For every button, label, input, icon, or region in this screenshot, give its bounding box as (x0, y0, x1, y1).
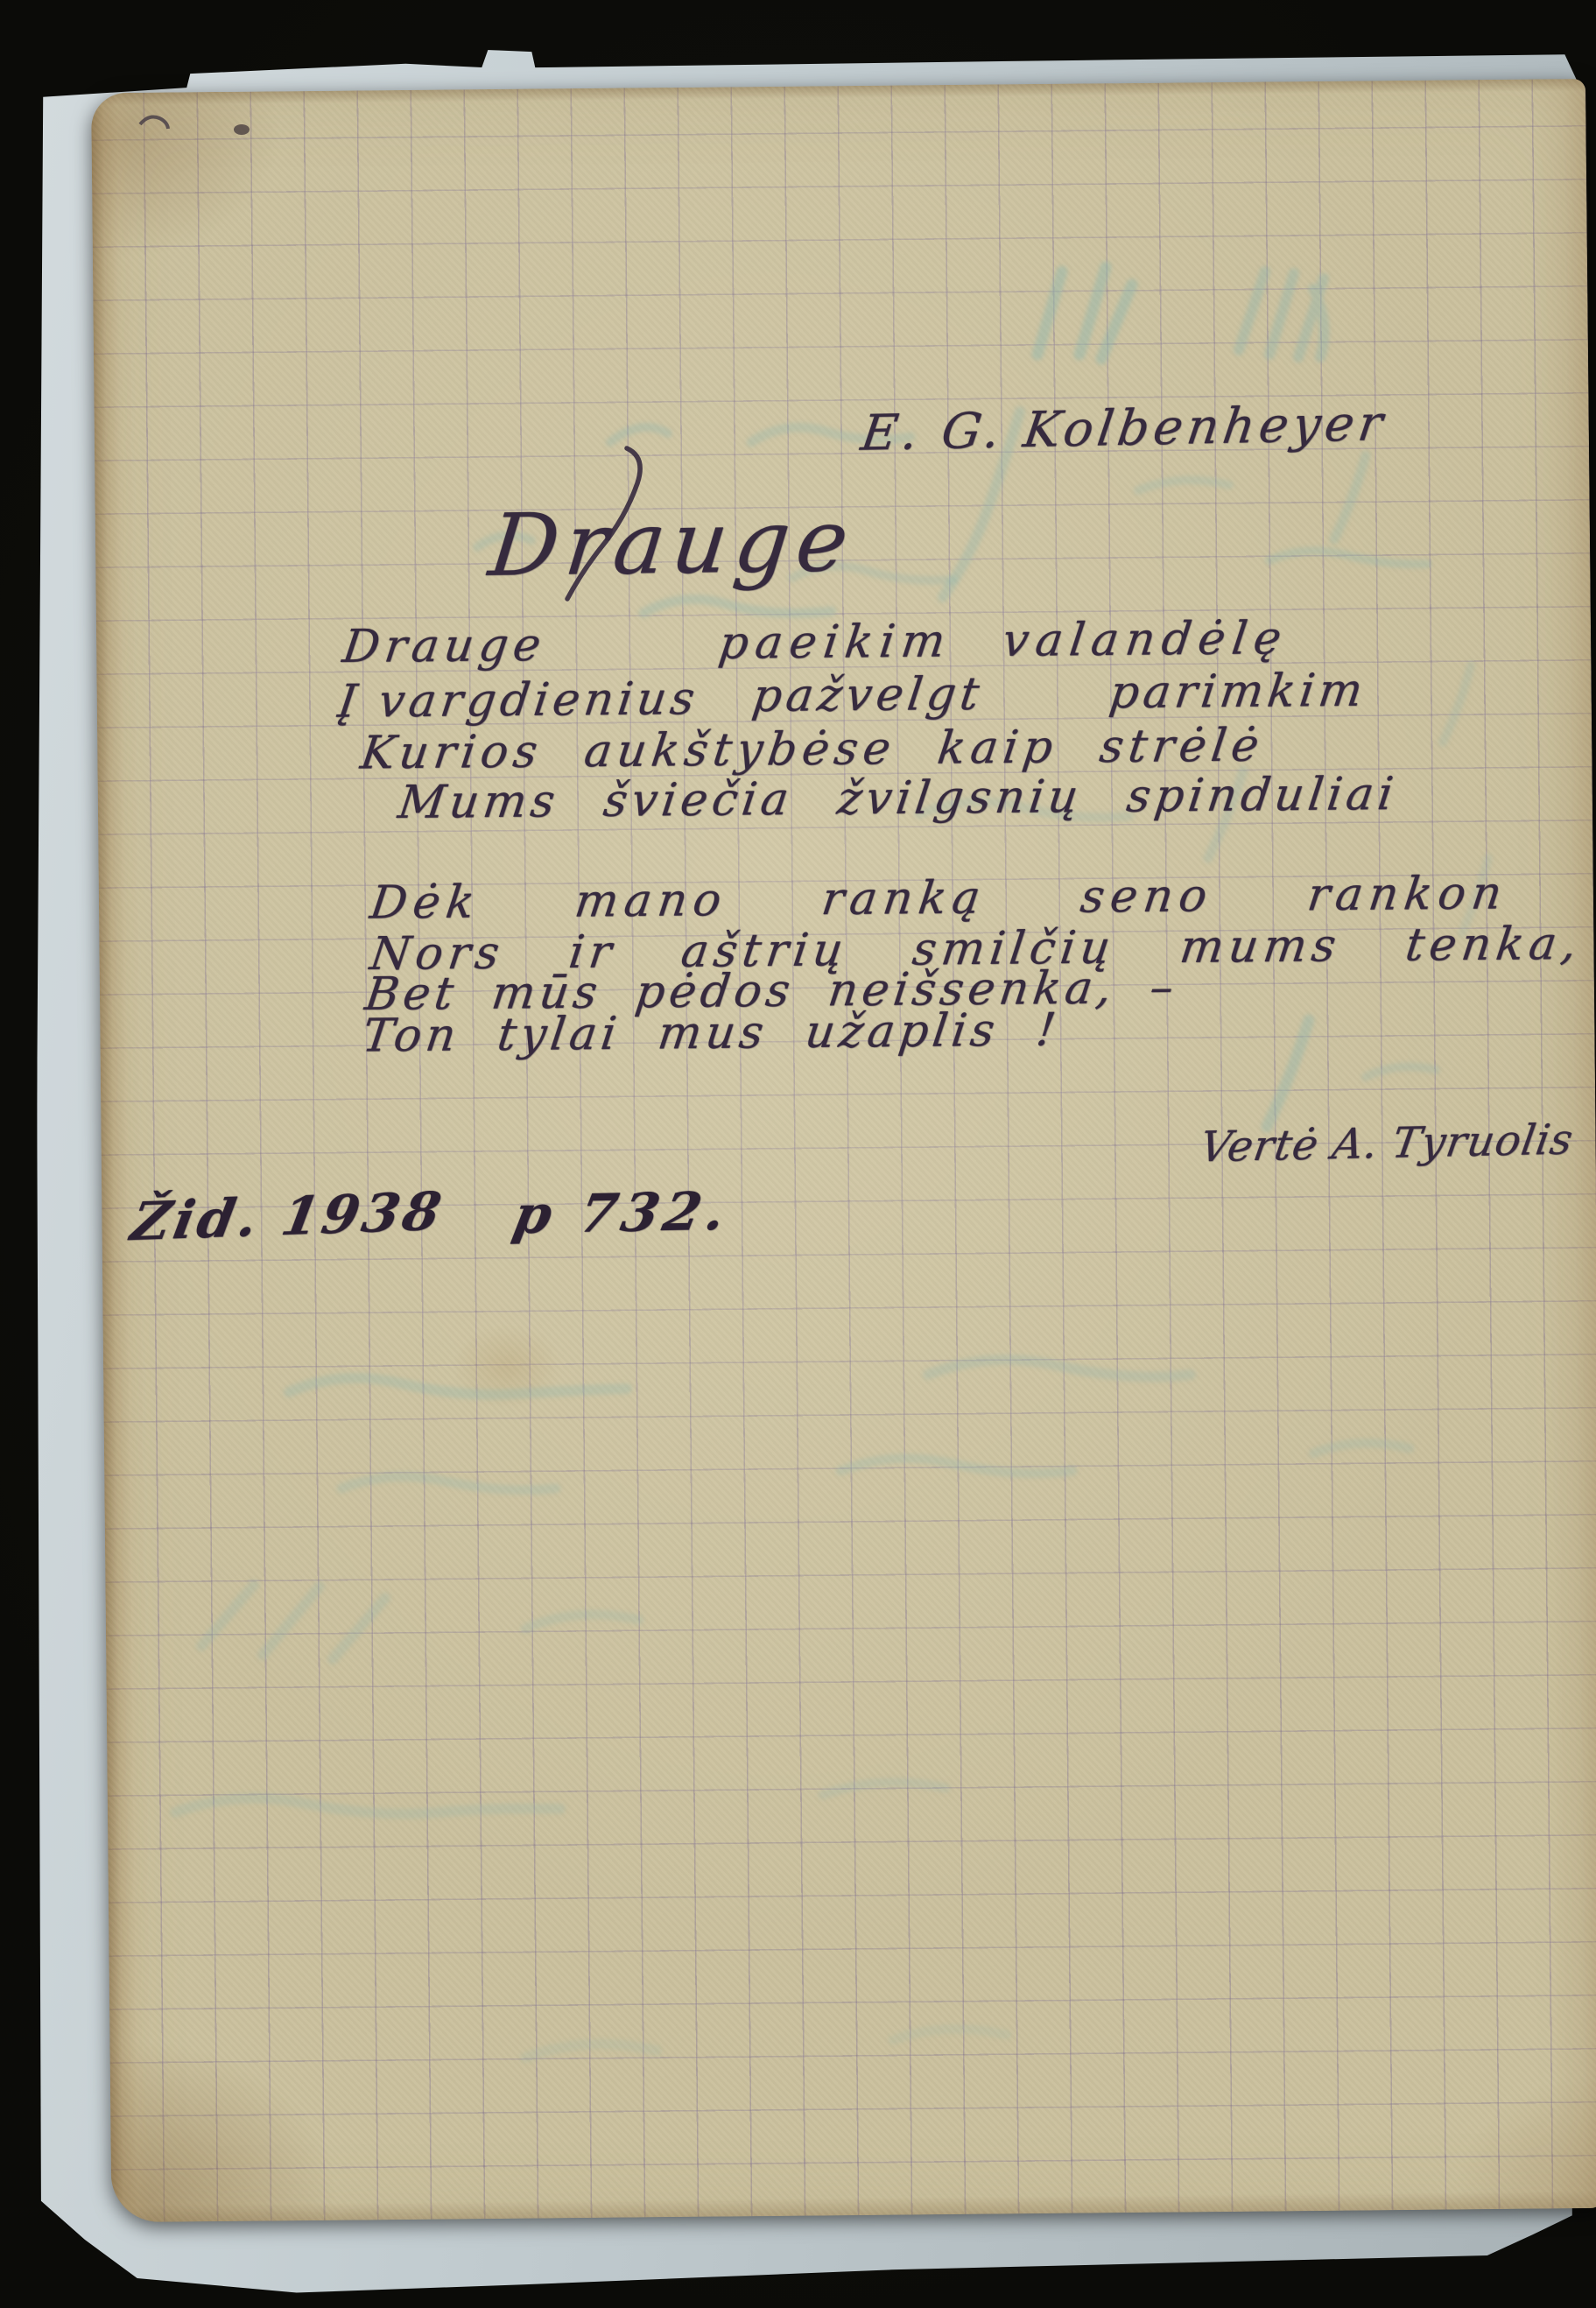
notebook-page (91, 79, 1596, 2222)
scan-background: E. G. Kolbenheyer Drauge Drauge paeikim … (0, 0, 1596, 2308)
paper-texture (91, 79, 1596, 2222)
